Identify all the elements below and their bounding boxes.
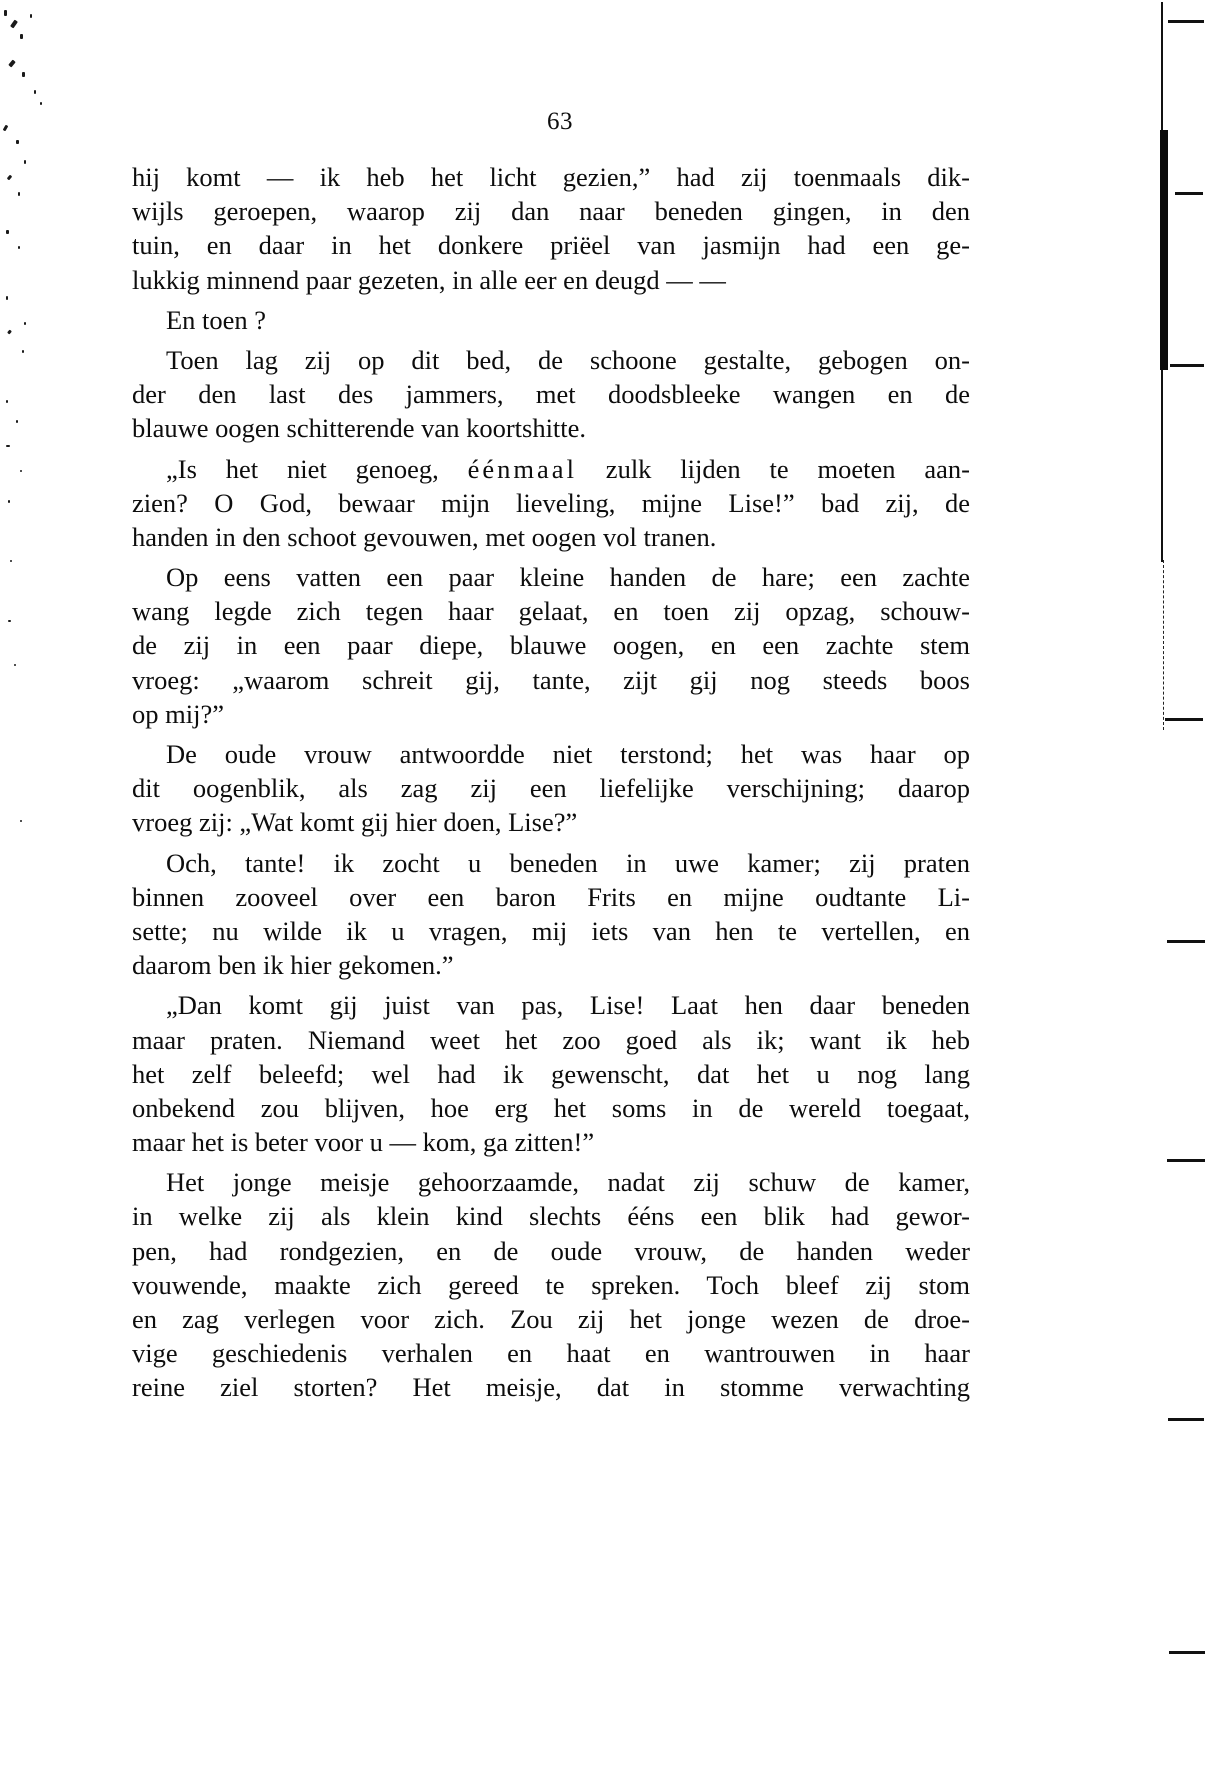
text-line: vroeg zij: „Wat komt gij hier doen, Lise… xyxy=(132,805,970,839)
edge-mark xyxy=(1168,20,1204,23)
text-line: vige geschiedenis verhalen en haat en wa… xyxy=(132,1336,970,1370)
text-line: „Is het niet genoeg, éénmaal zulk lijden… xyxy=(132,452,970,486)
binding-edge-dashed xyxy=(1163,560,1165,730)
text-line: dit oogenblik, als zag zij een liefelijk… xyxy=(132,771,970,805)
text-line: wijls geroepen, waarop zij dan naar bene… xyxy=(132,194,970,228)
text-line: hij komt — ik heb het licht gezien,” had… xyxy=(132,160,970,194)
text-line: het zelf beleefd; wel had ik gewenscht, … xyxy=(132,1057,970,1091)
body-text: hij komt — ik heb het licht gezien,” had… xyxy=(132,160,970,1405)
text-fragment: „Is het niet genoeg, xyxy=(166,454,468,484)
text-line: op mij?” xyxy=(132,697,970,731)
scan-artifacts-left-margin xyxy=(0,0,90,900)
scanned-book-page: 63 hij komt — ik heb het licht gezien,” … xyxy=(0,0,1215,1792)
text-line: „Dan komt gij juist van pas, Lise! Laat … xyxy=(132,988,970,1022)
text-line: Het jonge meisje gehoorzaamde, nadat zij… xyxy=(132,1165,970,1199)
text-line: in welke zij als klein kind slechts ééns… xyxy=(132,1199,970,1233)
edge-mark xyxy=(1175,192,1203,195)
text-line: reine ziel storten? Het meisje, dat in s… xyxy=(132,1370,970,1404)
text-line: maar het is beter voor u — kom, ga zitte… xyxy=(132,1125,970,1159)
edge-mark xyxy=(1165,718,1203,721)
page-number: 63 xyxy=(540,108,580,136)
edge-mark xyxy=(1167,1159,1205,1162)
text-line: tuin, en daar in het donkere priëel van … xyxy=(132,228,970,262)
text-fragment: zulk lijden te moeten aan- xyxy=(577,454,970,484)
text-line: maar praten. Niemand weet het zoo goed a… xyxy=(132,1023,970,1057)
text-line: pen, had rondgezien, en de oude vrouw, d… xyxy=(132,1234,970,1268)
text-line: vouwende, maakte zich gereed te spreken.… xyxy=(132,1268,970,1302)
text-line: daarom ben ik hier gekomen.” xyxy=(132,948,970,982)
text-line: vroeg: „waarom schreit gij, tante, zijt … xyxy=(132,663,970,697)
text-line: onbekend zou blijven, hoe erg het soms i… xyxy=(132,1091,970,1125)
text-line: sette; nu wilde ik u vragen, mij iets va… xyxy=(132,914,970,948)
text-line: Och, tante! ik zocht u beneden in uwe ka… xyxy=(132,846,970,880)
text-line: zien? O God, bewaar mijn lieveling, mijn… xyxy=(132,486,970,520)
text-line: En toen ? xyxy=(132,303,970,337)
text-line: lukkig minnend paar gezeten, in alle eer… xyxy=(132,263,970,297)
text-line: wang legde zich tegen haar gelaat, en to… xyxy=(132,594,970,628)
text-line: De oude vrouw antwoordde niet terstond; … xyxy=(132,737,970,771)
binding-edge-shadow xyxy=(1160,130,1168,370)
text-line: de zij in een paar diepe, blauwe oogen, … xyxy=(132,628,970,662)
emphasized-word: éénmaal xyxy=(468,454,577,484)
edge-mark xyxy=(1169,1651,1205,1654)
text-line: Toen lag zij op dit bed, de schoone gest… xyxy=(132,343,970,377)
edge-mark xyxy=(1167,940,1205,943)
text-line: der den last des jammers, met doodsbleek… xyxy=(132,377,970,411)
edge-mark xyxy=(1170,364,1204,367)
edge-mark xyxy=(1168,1418,1204,1421)
text-line: handen in den schoot gevouwen, met oogen… xyxy=(132,520,970,554)
text-line: Op eens vatten een paar kleine handen de… xyxy=(132,560,970,594)
text-line: blauwe oogen schitterende van koortshitt… xyxy=(132,411,970,445)
text-line: en zag verlegen voor zich. Zou zij het j… xyxy=(132,1302,970,1336)
text-line: binnen zooveel over een baron Frits en m… xyxy=(132,880,970,914)
